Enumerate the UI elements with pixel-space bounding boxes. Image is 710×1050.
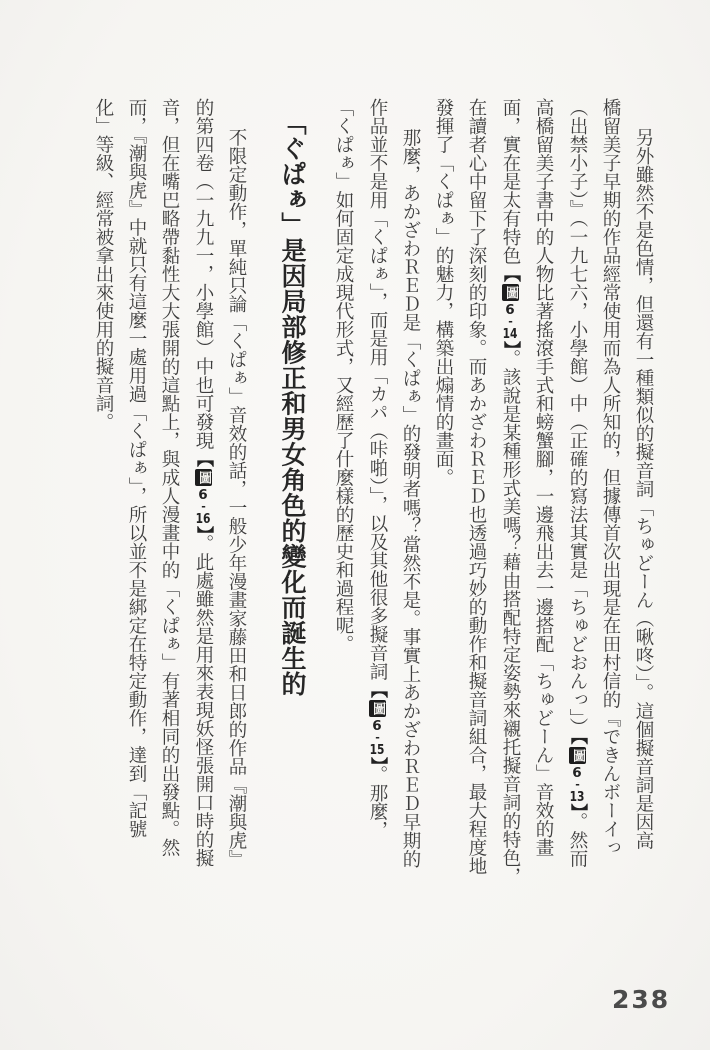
text-column: 不限定動作，單純只論「くぱぁ」音效的話，一般少年漫畫家藤田和日郎的作品『潮與虎』: [226, 98, 247, 896]
figure-number-dash: -: [571, 779, 584, 790]
figure-ref: 【圖6-16】: [193, 450, 214, 535]
text-run: 高橋留美子書中的人物比著搖滾手式和螃蟹腳，一邊飛出去一邊搭配「ちゅどーん」音效的…: [533, 98, 554, 857]
book-page: 另外雖然不是色情，但還有一種類似的擬音詞「ちゅどーん（啾咚）」。這個擬音詞是因高…: [0, 0, 710, 1050]
text-run: 音，但在嘴巴略帶黏性大大張開的這點上，與成人漫畫中的「くぱぁ」有著相同的出發點。…: [159, 98, 180, 857]
figure-icon: 圖: [369, 700, 386, 717]
section-heading: 「ぐぱぁ」是因局部修正和男女角色的變化而誕生的: [277, 98, 307, 896]
figure-number-dash: -: [197, 501, 210, 512]
body-text: 另外雖然不是色情，但還有一種類似的擬音詞「ちゅどーん（啾咚）」。這個擬音詞是因高…: [81, 98, 654, 896]
page-number: 238: [612, 985, 670, 1014]
text-column: 那麼，あかざわＲＥＤ是「くぱぁ」的發明者嗎？當然不是。事實上あかざわＲＥＤ早期的: [400, 98, 421, 896]
text-column: （出禁小子）』（一九七六，小學館）中（正確的寫法其實是「ちゅどおんっ」）【圖6-…: [566, 98, 588, 896]
figure-icon: 圖: [569, 747, 586, 764]
text-column: 橋留美子早期的作品經常使用而為人所知的，但據傳首次出現是在田村信的『できんボーイ…: [600, 98, 621, 896]
figure-icon: 圖: [195, 469, 212, 486]
text-run: 那麼，あかざわＲＥＤ是「くぱぁ」的發明者嗎？當然不是。事實上あかざわＲＥＤ早期的: [400, 128, 421, 868]
figure-number-major: 6: [502, 303, 518, 317]
text-run: 在讀者心中留下了深刻的印象。而あかざわＲＥＤ也透過巧妙的動作和擬音詞組合，最大程…: [466, 98, 487, 875]
figure-ref-close-bracket: 】: [500, 341, 520, 350]
text-run: 的第四卷（一九九一，小學館）中也可發現: [193, 98, 214, 450]
figure-ref-close-bracket: 】: [567, 804, 587, 813]
figure-number-major: 6: [195, 488, 211, 502]
figure-ref-open-bracket: 【: [500, 265, 520, 282]
text-run: 另外雖然不是色情，但還有一種類似的擬音詞「ちゅどーん（啾咚）」。這個擬音詞是因高: [633, 128, 654, 850]
figure-number-minor: 16: [195, 512, 211, 526]
text-run: 而，『潮與虎』中就只有這麼一處用過「くぱぁ」，所以並不是綁定在特定動作，達到「記…: [126, 98, 147, 838]
text-run: 不限定動作，單純只論「くぱぁ」音效的話，一般少年漫畫家藤田和日郎的作品『潮與虎』: [226, 128, 247, 868]
text-column: 發揮了「くぱぁ」的魅力，構築出煽情的畫面。: [433, 98, 454, 896]
figure-ref-open-bracket: 【: [567, 736, 587, 745]
text-column: 面，實在是太有特色【圖6-14】。該說是某種形式美嗎？藉由搭配特定姿勢來襯托擬音…: [499, 98, 521, 896]
text-column: 另外雖然不是色情，但還有一種類似的擬音詞「ちゅどーん（啾咚）」。這個擬音詞是因高: [633, 98, 654, 896]
text-column: 而，『潮與虎』中就只有這麼一處用過「くぱぁ」，所以並不是綁定在特定動作，達到「記…: [126, 98, 147, 896]
figure-ref: 【圖6-15】: [367, 681, 388, 766]
figure-number-major: 6: [369, 719, 385, 733]
text-column: 的第四卷（一九九一，小學館）中也可發現【圖6-16】。此處雖然是用來表現妖怪張開…: [192, 98, 214, 896]
figure-number-minor: 15: [369, 743, 385, 757]
figure-ref: 【圖6-13】: [567, 736, 588, 812]
figure-ref-open-bracket: 【: [193, 450, 213, 467]
figure-number-major: 6: [569, 766, 585, 780]
text-column: 「くぱぁ」如何固定成現代形式，又經歷了什麼樣的歷史和過程呢。: [333, 98, 354, 896]
figure-ref-open-bracket: 【: [367, 681, 387, 698]
text-run: 發揮了「くぱぁ」的魅力，構築出煽情的畫面。: [433, 98, 454, 487]
text-run: 。此處雖然是用來表現妖怪張開口時的擬: [193, 534, 214, 867]
text-run: 「くぱぁ」如何固定成現代形式，又經歷了什麼樣的歷史和過程呢。: [333, 98, 354, 653]
figure-ref-close-bracket: 】: [367, 757, 387, 766]
figure-number-minor: 14: [502, 327, 518, 341]
text-column: 音，但在嘴巴略帶黏性大大張開的這點上，與成人漫畫中的「くぱぁ」有著相同的出發點。…: [159, 98, 180, 896]
text-run: 作品並不是用「くぱぁ」，而是用「カパ（咔啪）」，以及其他很多擬音詞: [367, 98, 388, 681]
figure-ref: 【圖6-14】: [500, 265, 521, 350]
text-run: 。然而: [567, 812, 588, 868]
text-column: 作品並不是用「くぱぁ」，而是用「カパ（咔啪）」，以及其他很多擬音詞【圖6-15】…: [366, 98, 388, 896]
text-run: 。那麼，: [367, 765, 388, 839]
text-run: 化」等級、經常被拿出來使用的擬音詞。: [93, 98, 114, 431]
figure-number-dash: -: [371, 732, 384, 743]
text-column: 高橋留美子書中的人物比著搖滾手式和螃蟹腳，一邊飛出去一邊搭配「ちゅどーん」音效的…: [533, 98, 554, 896]
figure-icon: 圖: [502, 284, 519, 301]
figure-number-dash: -: [504, 316, 517, 327]
figure-number-minor: 13: [569, 790, 585, 804]
text-run: （出禁小子）』（一九七六，小學館）中（正確的寫法其實是「ちゅどおんっ」）: [567, 98, 588, 736]
text-column: 化」等級、經常被拿出來使用的擬音詞。: [93, 98, 114, 896]
text-column: 在讀者心中留下了深刻的印象。而あかざわＲＥＤ也透過巧妙的動作和擬音詞組合，最大程…: [466, 98, 487, 896]
text-run: 面，實在是太有特色: [500, 98, 521, 265]
text-run: 。該說是某種形式美嗎？藉由搭配特定姿勢來襯托擬音詞的特色，: [500, 349, 521, 886]
figure-ref-close-bracket: 】: [193, 526, 213, 535]
text-run: 橋留美子早期的作品經常使用而為人所知的，但據傳首次出現是在田村信的『できんボーイ…: [600, 98, 621, 857]
